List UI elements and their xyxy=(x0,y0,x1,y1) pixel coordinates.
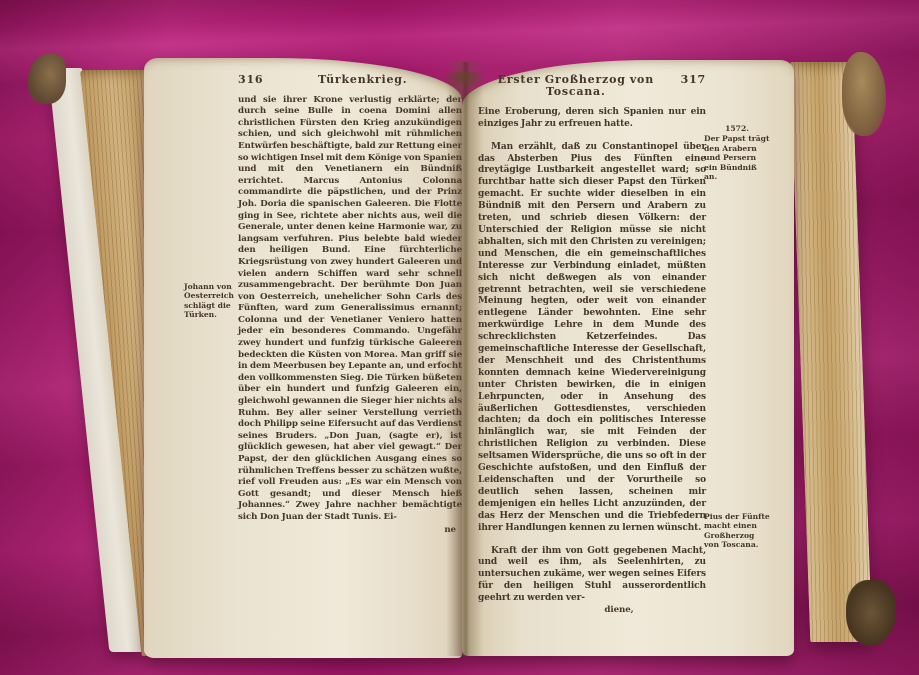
left-running-header: Türkenkrieg. xyxy=(263,74,462,86)
book-page-left: 316 Türkenkrieg. und sie ihrer Krone ver… xyxy=(144,58,462,658)
right-page-paragraph-2: Man erzählt, daß zu Constantinopel über … xyxy=(478,142,706,535)
open-book: 316 Türkenkrieg. und sie ihrer Krone ver… xyxy=(28,46,896,662)
left-page-header: 316 Türkenkrieg. xyxy=(238,74,462,86)
left-page-catchword: ne xyxy=(238,525,462,537)
book-fore-edge-right xyxy=(790,62,872,642)
worn-corner-top-right xyxy=(842,52,886,136)
right-margin-note-year: 1572. xyxy=(704,124,770,133)
book-page-right: Erster Großherzog von Toscana. 317 Eine … xyxy=(462,60,794,656)
right-margin-note-1: 1572. Der Papst trägt den Arabern und Pe… xyxy=(704,124,770,181)
right-page-catchword: diene, xyxy=(478,605,706,617)
right-page-paragraph-1: Eine Eroberung, deren sich Spanien nur e… xyxy=(478,107,706,131)
right-page-paragraph-3: Kraft der ihm von Gott gegebenen Macht, … xyxy=(478,546,706,606)
left-page-text-column: 316 Türkenkrieg. und sie ihrer Krone ver… xyxy=(238,74,462,536)
left-margin-note: Johann von Oesterreich schlägt die Türke… xyxy=(184,282,242,320)
book-gutter-top-shadow xyxy=(442,72,486,90)
worn-corner-top-left xyxy=(28,54,66,104)
left-page-number: 316 xyxy=(238,74,263,86)
right-running-header: Erster Großherzog von Toscana. xyxy=(478,74,674,98)
right-page-number: 317 xyxy=(681,74,706,86)
right-margin-note-1-text: Der Papst trägt den Arabern und Persern … xyxy=(704,134,770,181)
right-margin-note-2: Pius der Fünfte macht einen Großherzog v… xyxy=(704,512,770,550)
worn-corner-bottom-right xyxy=(846,580,896,646)
right-page-header: Erster Großherzog von Toscana. 317 xyxy=(478,74,706,98)
left-page-body-text: und sie ihrer Krone verlustig erklärte; … xyxy=(238,95,462,524)
right-page-text-column: Erster Großherzog von Toscana. 317 Eine … xyxy=(478,74,706,617)
